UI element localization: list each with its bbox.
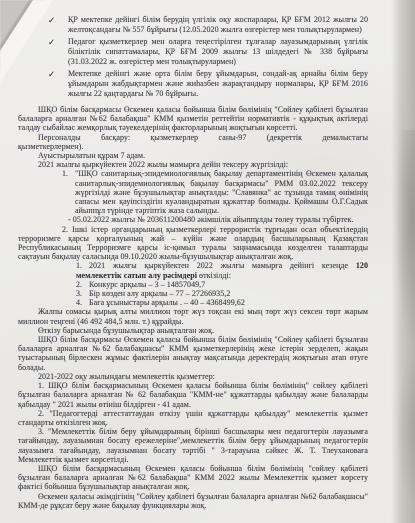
checkmark-icon: ✓ — [48, 15, 55, 25]
personnel-paragraph: Персоналды басқару: қызметкерлер саны-97… — [18, 133, 368, 151]
fine-receipt-note: - 05.02.2022 жылғы № 203611200480 әкімші… — [68, 215, 368, 224]
procurement-item-text: Баға ұсыныстары арқылы . – 40 – 4368499,… — [89, 298, 245, 307]
checklist-item: ✓ Педагог қызметкерлер мен оларға теңест… — [18, 37, 368, 67]
scanned-document-page: ✓ ҚР мектепке дейінгі білім берудің үлгі… — [0, 0, 415, 523]
services-heading: 2021-2022 оқу жылындағы мемлекеттік қызм… — [18, 372, 368, 381]
inspection-item-1: 1. "ШҚО санитарлық-эпидемиологиялық бақы… — [18, 169, 368, 215]
list-number: 1. — [76, 261, 89, 270]
inspection-item-2: 2.Ішкі істер органдарының қызметкерлері … — [18, 225, 368, 262]
intro-paragraph: ШҚО білім басқармасы Өскемен қаласы бойы… — [18, 105, 368, 133]
list-number: 3. — [76, 289, 89, 298]
procurement-item: 3.Бір көзден алу арқылы – 77 – 27266935,… — [18, 289, 368, 298]
document-content: ✓ ҚР мектепке дейінгі білім берудің үлгі… — [18, 15, 368, 510]
list-number: 2. — [76, 280, 89, 289]
checkmark-icon: ✓ — [48, 69, 55, 79]
scan-edge-shadow — [391, 0, 415, 523]
procurement-no-violations-line: Өткізу барысында бұзушылықтар анықталған… — [18, 326, 368, 335]
regulations-checklist: ✓ ҚР мектепке дейінгі білім берудің үлгі… — [18, 15, 368, 99]
scan-edge-blotch — [395, 130, 415, 340]
procurement-total-paragraph: Жалпы сомасы қырық алты миллион төрт жүз… — [18, 307, 368, 325]
no-violations-2022-paragraph: ШҚО білім басқармасының Өскемен қаласы б… — [18, 464, 368, 492]
checklist-item-text: Мектепке дейінгі және орта білім беру ұй… — [68, 69, 368, 98]
service-paragraph-3: 3. "Мемлекеттік білім беру ұйымдарының б… — [18, 427, 368, 464]
service-paragraph-1: 1. ШҚО білім басқармасының Өскемен қалас… — [18, 381, 368, 409]
inspection-item-text: "ШҚО санитарлық-эпидемиологиялық бақылау… — [75, 169, 368, 215]
checklist-item-text: Педагог қызметкерлер мен оларға теңестір… — [68, 37, 368, 66]
procurement-item-text: өткізілді: — [197, 271, 231, 280]
checklist-item: ✓ Мектепке дейінгі және орта білім беру … — [18, 69, 368, 99]
checkmark-icon: ✓ — [48, 37, 55, 47]
checklist-item: ✓ ҚР мектепке дейінгі білім берудің үлгі… — [18, 15, 368, 35]
procurement-list: 1.2021 жылғы қыркүйектен 2022 жылғы мамы… — [18, 261, 368, 307]
personal-files-paragraph: ШҚО білім басқармасы Өскемен қаласы бойы… — [18, 335, 368, 372]
rotation-line: Ауыстырылатын құрам 7 адам. — [18, 151, 368, 160]
scan-edge-blotch — [397, 360, 415, 500]
inspections-heading: 2021 жылғы қыркүйектен 2022 жылы мамырға… — [18, 160, 368, 169]
procurement-item-text: Конкурс арқылы – 3 – 14857049,7 — [89, 280, 205, 289]
list-number: 2. — [62, 225, 68, 234]
procurement-item-text: Бір көзден алу арқылы – 77 – 27266935,2 — [89, 289, 230, 298]
no-permit-functions-paragraph: Өскемен қаласы әкімдігінің "Сөйлеу қабіл… — [18, 492, 368, 510]
procurement-item: 2.Конкурс арқылы – 3 – 14857049,7 — [18, 280, 368, 289]
procurement-item-text: 2021 жылғы қыркүйектен 2022 жылғы мамырғ… — [89, 261, 356, 270]
checklist-item-text: ҚР мектепке дейінгі білім берудің үлгілі… — [68, 15, 368, 34]
list-number: 4. — [76, 298, 89, 307]
list-number: 1. — [62, 169, 68, 178]
procurement-item: 1.2021 жылғы қыркүйектен 2022 жылғы мамы… — [18, 261, 368, 279]
inspection-item-text: Ішкі істер органдарының қызметкерлері те… — [18, 225, 368, 262]
service-paragraph-2: 2. "Педагогтерді аттестаттаудан өткізу ү… — [18, 409, 368, 427]
procurement-item: 4.Баға ұсыныстары арқылы . – 40 – 436849… — [18, 298, 368, 307]
